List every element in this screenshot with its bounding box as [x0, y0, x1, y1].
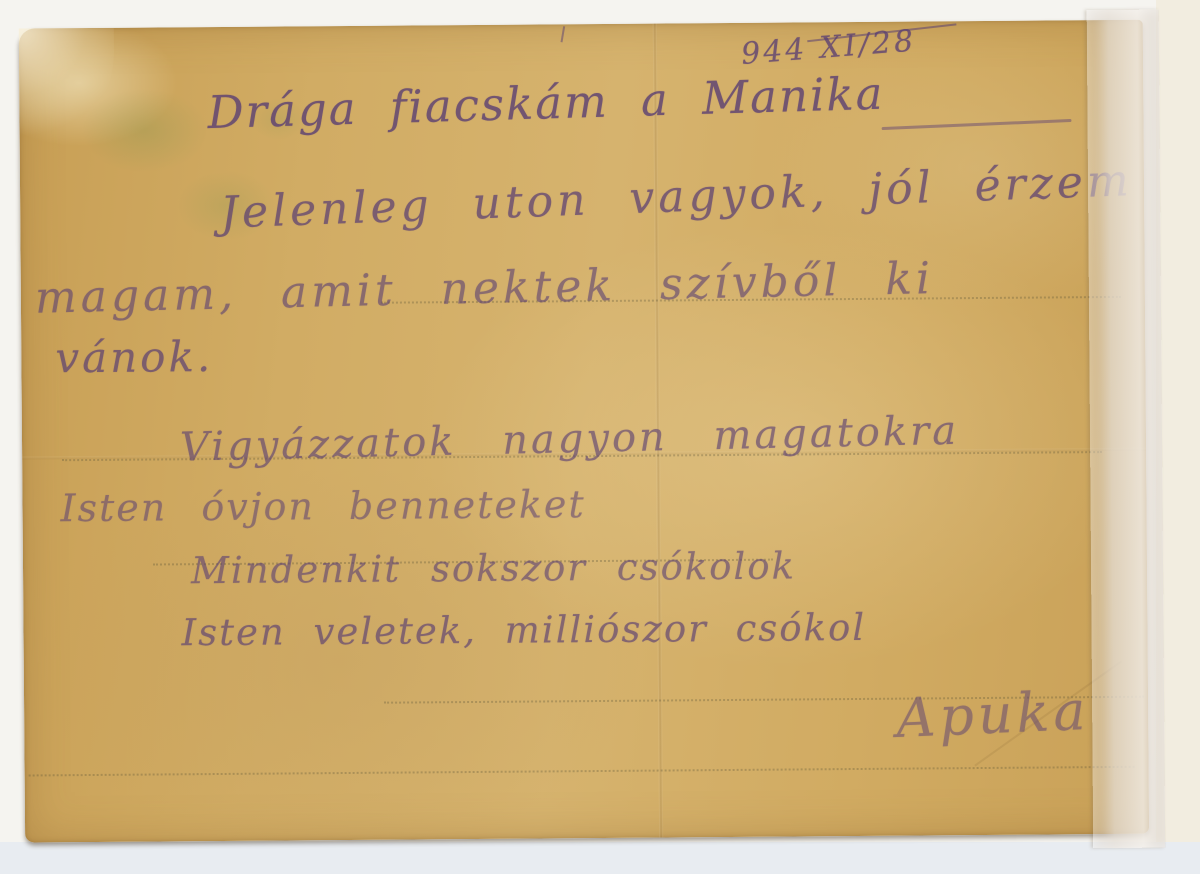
pen-flourish: [882, 119, 1072, 130]
signature: Apuka: [895, 679, 1091, 750]
scan-background: 944 XI/28 Drága fiacskám a Manika Jelenl…: [0, 0, 1200, 874]
postcard: 944 XI/28 Drága fiacskám a Manika Jelenl…: [19, 20, 1149, 843]
letter-line: Mindenkit sokszor csókolok: [191, 544, 796, 592]
tape-strip: [1087, 10, 1166, 849]
letter-line: Isten veletek, milliószor csókol: [181, 606, 866, 654]
stray-pencil-mark: [561, 26, 566, 42]
letter-line: Isten óvjon benneteket: [60, 482, 586, 530]
letter-line: Jelenleg uton vagyok, jól érzem: [219, 155, 1133, 239]
printed-dotted-line: [29, 766, 1135, 777]
letter-line: vánok.: [55, 332, 213, 382]
scanned-scene: 944 XI/28 Drága fiacskám a Manika Jelenl…: [0, 0, 1200, 874]
date: 944 XI/28: [740, 23, 917, 71]
letter-line: Vigyázzatok nagyon magatokra: [180, 408, 960, 471]
